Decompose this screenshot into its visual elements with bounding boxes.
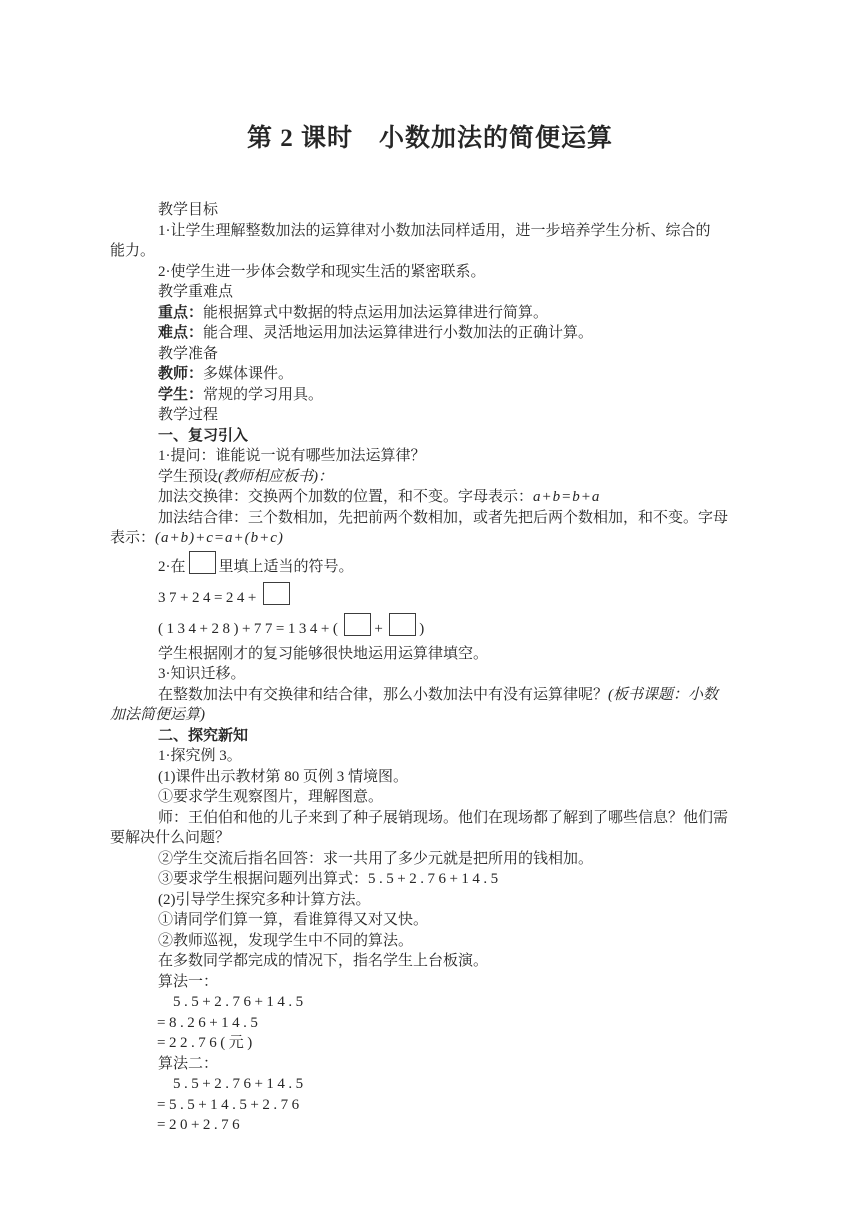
page-title: 第 2 课时 小数加法的简便运算 (110, 118, 750, 154)
key-point: 重点：能根据算式中数据的特点运用加法运算律进行简算。 (110, 303, 750, 324)
review-question: 1·提问：谁能说一说有哪些加法运算律？ (110, 446, 750, 467)
method-1-line-3: =22.76(元) (110, 1033, 750, 1054)
step-1-2: ②学生交流后指名回答：求一共用了多少元就是把所用的钱相加。 (110, 849, 750, 870)
step-1: (1)课件出示教材第 80 页例 3 情境图。 (110, 767, 750, 788)
commutative-law-text: 加法交换律：交换两个加数的位置，和不变。字母表示： (158, 489, 533, 505)
prep-teacher-text: 多媒体课件。 (203, 366, 293, 382)
method-1-line-1: 5.5+2.76+14.5 (110, 992, 750, 1013)
prep-student-text: 常规的学习用具。 (203, 387, 323, 403)
step-1-1: ①要求学生观察图片，理解图意。 (110, 787, 750, 808)
difficult-point-label: 难点： (158, 325, 203, 341)
process-heading: 教学过程 (110, 405, 750, 426)
fill-instruction: 2·在里填上适当的符号。 (110, 551, 750, 582)
commutative-law: 加法交换律：交换两个加数的位置，和不变。字母表示：a+b=b+a (110, 487, 750, 508)
key-point-label: 重点： (158, 305, 203, 321)
prep-heading: 教学准备 (110, 344, 750, 365)
transfer-heading: 3·知识迁移。 (110, 664, 750, 685)
prep-teacher-label: 教师： (158, 366, 203, 382)
goal-1: 1·让学生理解整数加法的运算律对小数加法同样适用，进一步培养学生分析、综合的 能… (110, 221, 750, 262)
method-2-line-1: 5.5+2.76+14.5 (110, 1074, 750, 1095)
method-1-line-2: =8.26+14.5 (110, 1013, 750, 1034)
transfer-text: 在整数加法中有交换律和结合律，那么小数加法中有没有运算律呢？ (158, 687, 608, 703)
difficult-point: 难点：能合理、灵活地运用加法运算律进行小数加法的正确计算。 (110, 323, 750, 344)
method-2-line-2: =5.5+14.5+2.76 (110, 1095, 750, 1116)
board-demo-note: 在多数同学都完成的情况下，指名学生上台板演。 (110, 951, 750, 972)
document-page: 第 2 课时 小数加法的简便运算 教学目标 1·让学生理解整数加法的运算律对小数… (0, 0, 860, 1216)
fill-equation-2: (134+28)+77=134+(+) (110, 613, 750, 644)
commutative-formula: a+b=b+a (533, 489, 600, 505)
prep-student-label: 学生： (158, 387, 203, 403)
step-1-3: ③要求学生根据问题列出算式：5.5+2.76+14.5 (110, 869, 750, 890)
fill-equation-2-left: (134+28)+77=134+( (158, 621, 341, 637)
step-1-3-formula: 5.5+2.76+14.5 (368, 871, 502, 887)
key-point-text: 能根据算式中数据的特点运用加法运算律进行简算。 (203, 305, 548, 321)
prep-teacher: 教师：多媒体课件。 (110, 364, 750, 385)
difficult-point-text: 能合理、灵活地运用加法运算律进行小数加法的正确计算。 (203, 325, 593, 341)
fill-instruction-prefix: 2·在 (158, 559, 186, 575)
fill-equation-1-text: 37+24=24+ (158, 590, 260, 606)
step-2-2: ②教师巡视，发现学生中不同的算法。 (110, 931, 750, 952)
goals-heading: 教学目标 (110, 200, 750, 221)
student-preset-text: 学生预设 (158, 469, 218, 485)
keypoints-heading: 教学重难点 (110, 282, 750, 303)
section-1-heading: 一、复习引入 (110, 426, 750, 447)
fill-note: 学生根据刚才的复习能够很快地运用运算律填空。 (110, 644, 750, 665)
method-1-label: 算法一： (110, 972, 750, 993)
answer-box (263, 582, 290, 605)
student-preset: 学生预设(教师相应板书)： (110, 467, 750, 488)
step-1-3-text: ③要求学生根据问题列出算式： (158, 871, 368, 887)
method-2-label: 算法二： (110, 1054, 750, 1075)
section-2-heading: 二、探究新知 (110, 726, 750, 747)
explore-example: 1·探究例 3。 (110, 746, 750, 767)
transfer-paragraph: 在整数加法中有交换律和结合律，那么小数加法中有没有运算律呢？(板书课题：小数 加… (110, 685, 750, 726)
fill-instruction-suffix: 里填上适当的符号。 (219, 559, 354, 575)
method-2-line-3: =20+2.76 (110, 1115, 750, 1136)
fill-equation-2-plus: + (374, 621, 386, 637)
goal-2: 2·使学生进一步体会数学和现实生活的紧密联系。 (110, 262, 750, 283)
answer-box (189, 551, 216, 574)
prep-student: 学生：常规的学习用具。 (110, 385, 750, 406)
teacher-question: 师：王伯伯和他的儿子来到了种子展销现场。他们在现场都了解到了哪些信息？他们需 要… (110, 808, 750, 849)
answer-box (389, 613, 416, 636)
associative-law: 加法结合律：三个数相加，先把前两个数相加，或者先把后两个数相加，和不变。字母 表… (110, 508, 750, 549)
answer-box (344, 613, 371, 636)
fill-equation-1: 37+24=24+ (110, 582, 750, 613)
student-preset-note: (教师相应板书)： (218, 469, 333, 485)
fill-equation-2-close: ) (419, 621, 428, 637)
step-2-1: ①请同学们算一算，看谁算得又对又快。 (110, 910, 750, 931)
step-2: (2)引导学生探究多种计算方法。 (110, 890, 750, 911)
associative-formula: (a+b)+c=a+(b+c) (155, 530, 284, 546)
